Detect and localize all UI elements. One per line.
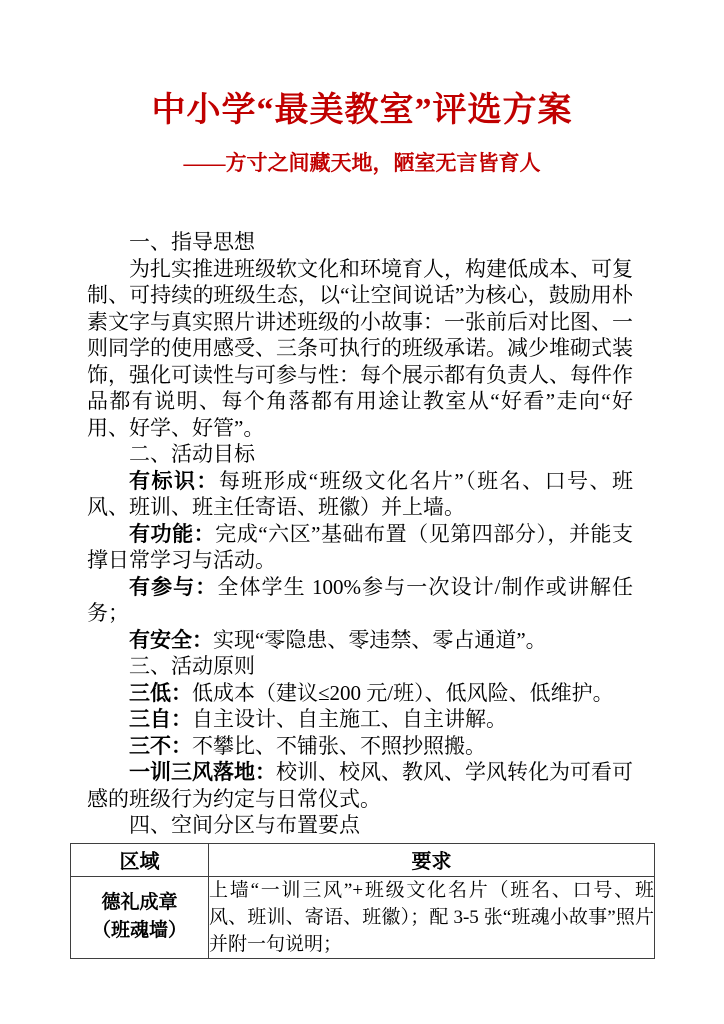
zone-layout-table: 区域 要求 德礼成章 （班魂墙） 上墙“一训三风”+班级文化名片（班名、口号、班…: [70, 843, 655, 959]
paragraph-principle-motto: 一训三风落地：校训、校风、教风、学风转化为可看可感的班级行为约定与日常仪式。: [87, 759, 633, 812]
zone-name-line2: （班魂墙）: [71, 917, 208, 945]
section-heading-2: 二、活动目标: [87, 441, 633, 468]
table-header-requirement: 要求: [209, 843, 655, 876]
zone-name-line1: 德礼成章: [71, 889, 208, 917]
section-heading-1: 一、指导思想: [87, 229, 633, 256]
paragraph-principle-three-no: 三不：不攀比、不铺张、不照抄照搬。: [87, 733, 633, 760]
paragraph-label: 三低：: [129, 681, 192, 705]
paragraph-goal-participation: 有参与：全体学生 100%参与一次设计/制作或讲解任务；: [87, 574, 633, 627]
document-body: 一、指导思想 为扎实推进班级软文化和环境育人，构建低成本、可复制、可持续的班级生…: [87, 229, 633, 839]
paragraph-text: 不攀比、不铺张、不照抄照搬。: [192, 734, 486, 758]
paragraph-text: 二、活动目标: [129, 442, 255, 466]
paragraph-text: 自主设计、自主施工、自主讲解。: [192, 707, 507, 731]
paragraph-label: 三自：: [129, 707, 192, 731]
paragraph-principle-three-low: 三低：低成本（建议≤200 元/班）、低风险、低维护。: [87, 680, 633, 707]
table-cell-zone: 德礼成章 （班魂墙）: [71, 876, 209, 958]
section-heading-3: 三、活动原则: [87, 653, 633, 680]
paragraph-label: 一训三风落地：: [129, 760, 276, 784]
paragraph-text: 为扎实推进班级软文化和环境育人，构建低成本、可复制、可持续的班级生态，以“让空间…: [87, 257, 633, 440]
paragraph-text: 三、活动原则: [129, 654, 255, 678]
document-page: 中小学“最美教室”评选方案 ——方寸之间藏天地，陋室无言皆育人 一、指导思想 为…: [0, 0, 724, 1024]
paragraph-goal-identity: 有标识：每班形成“班级文化名片”（班名、口号、班风、班训、班主任寄语、班徽）并上…: [87, 468, 633, 521]
paragraph-label: 有参与：: [129, 575, 217, 599]
paragraph-goal-safety: 有安全：实现“零隐患、零违禁、零占通道”。: [87, 627, 633, 654]
paragraph-label: 有标识：: [129, 469, 219, 493]
paragraph-text: 一、指导思想: [129, 230, 255, 254]
table-header-row: 区域 要求: [71, 843, 655, 876]
paragraph-guiding-ideology: 为扎实推进班级软文化和环境育人，构建低成本、可复制、可持续的班级生态，以“让空间…: [87, 256, 633, 442]
table-cell-requirement: 上墙“一训三风”+班级文化名片（班名、口号、班风、班训、寄语、班徽）；配 3-5…: [209, 876, 655, 958]
section-heading-4: 四、空间分区与布置要点: [87, 812, 633, 839]
paragraph-label: 三不：: [129, 734, 192, 758]
paragraph-goal-function: 有功能：完成“六区”基础布置（见第四部分），并能支撑日常学习与活动。: [87, 521, 633, 574]
paragraph-label: 有安全：: [129, 628, 213, 652]
paragraph-label: 有功能：: [129, 522, 215, 546]
paragraph-text: 实现“零隐患、零违禁、零占通道”。: [213, 628, 547, 652]
document-title: 中小学“最美教室”评选方案: [0, 0, 724, 134]
table-row: 德礼成章 （班魂墙） 上墙“一训三风”+班级文化名片（班名、口号、班风、班训、寄…: [71, 876, 655, 958]
paragraph-principle-three-self: 三自：自主设计、自主施工、自主讲解。: [87, 706, 633, 733]
table-header-zone: 区域: [71, 843, 209, 876]
paragraph-text: 低成本（建议≤200 元/班）、低风险、低维护。: [192, 681, 614, 705]
document-subtitle: ——方寸之间藏天地，陋室无言皆育人: [0, 149, 724, 177]
paragraph-text: 四、空间分区与布置要点: [129, 813, 360, 837]
